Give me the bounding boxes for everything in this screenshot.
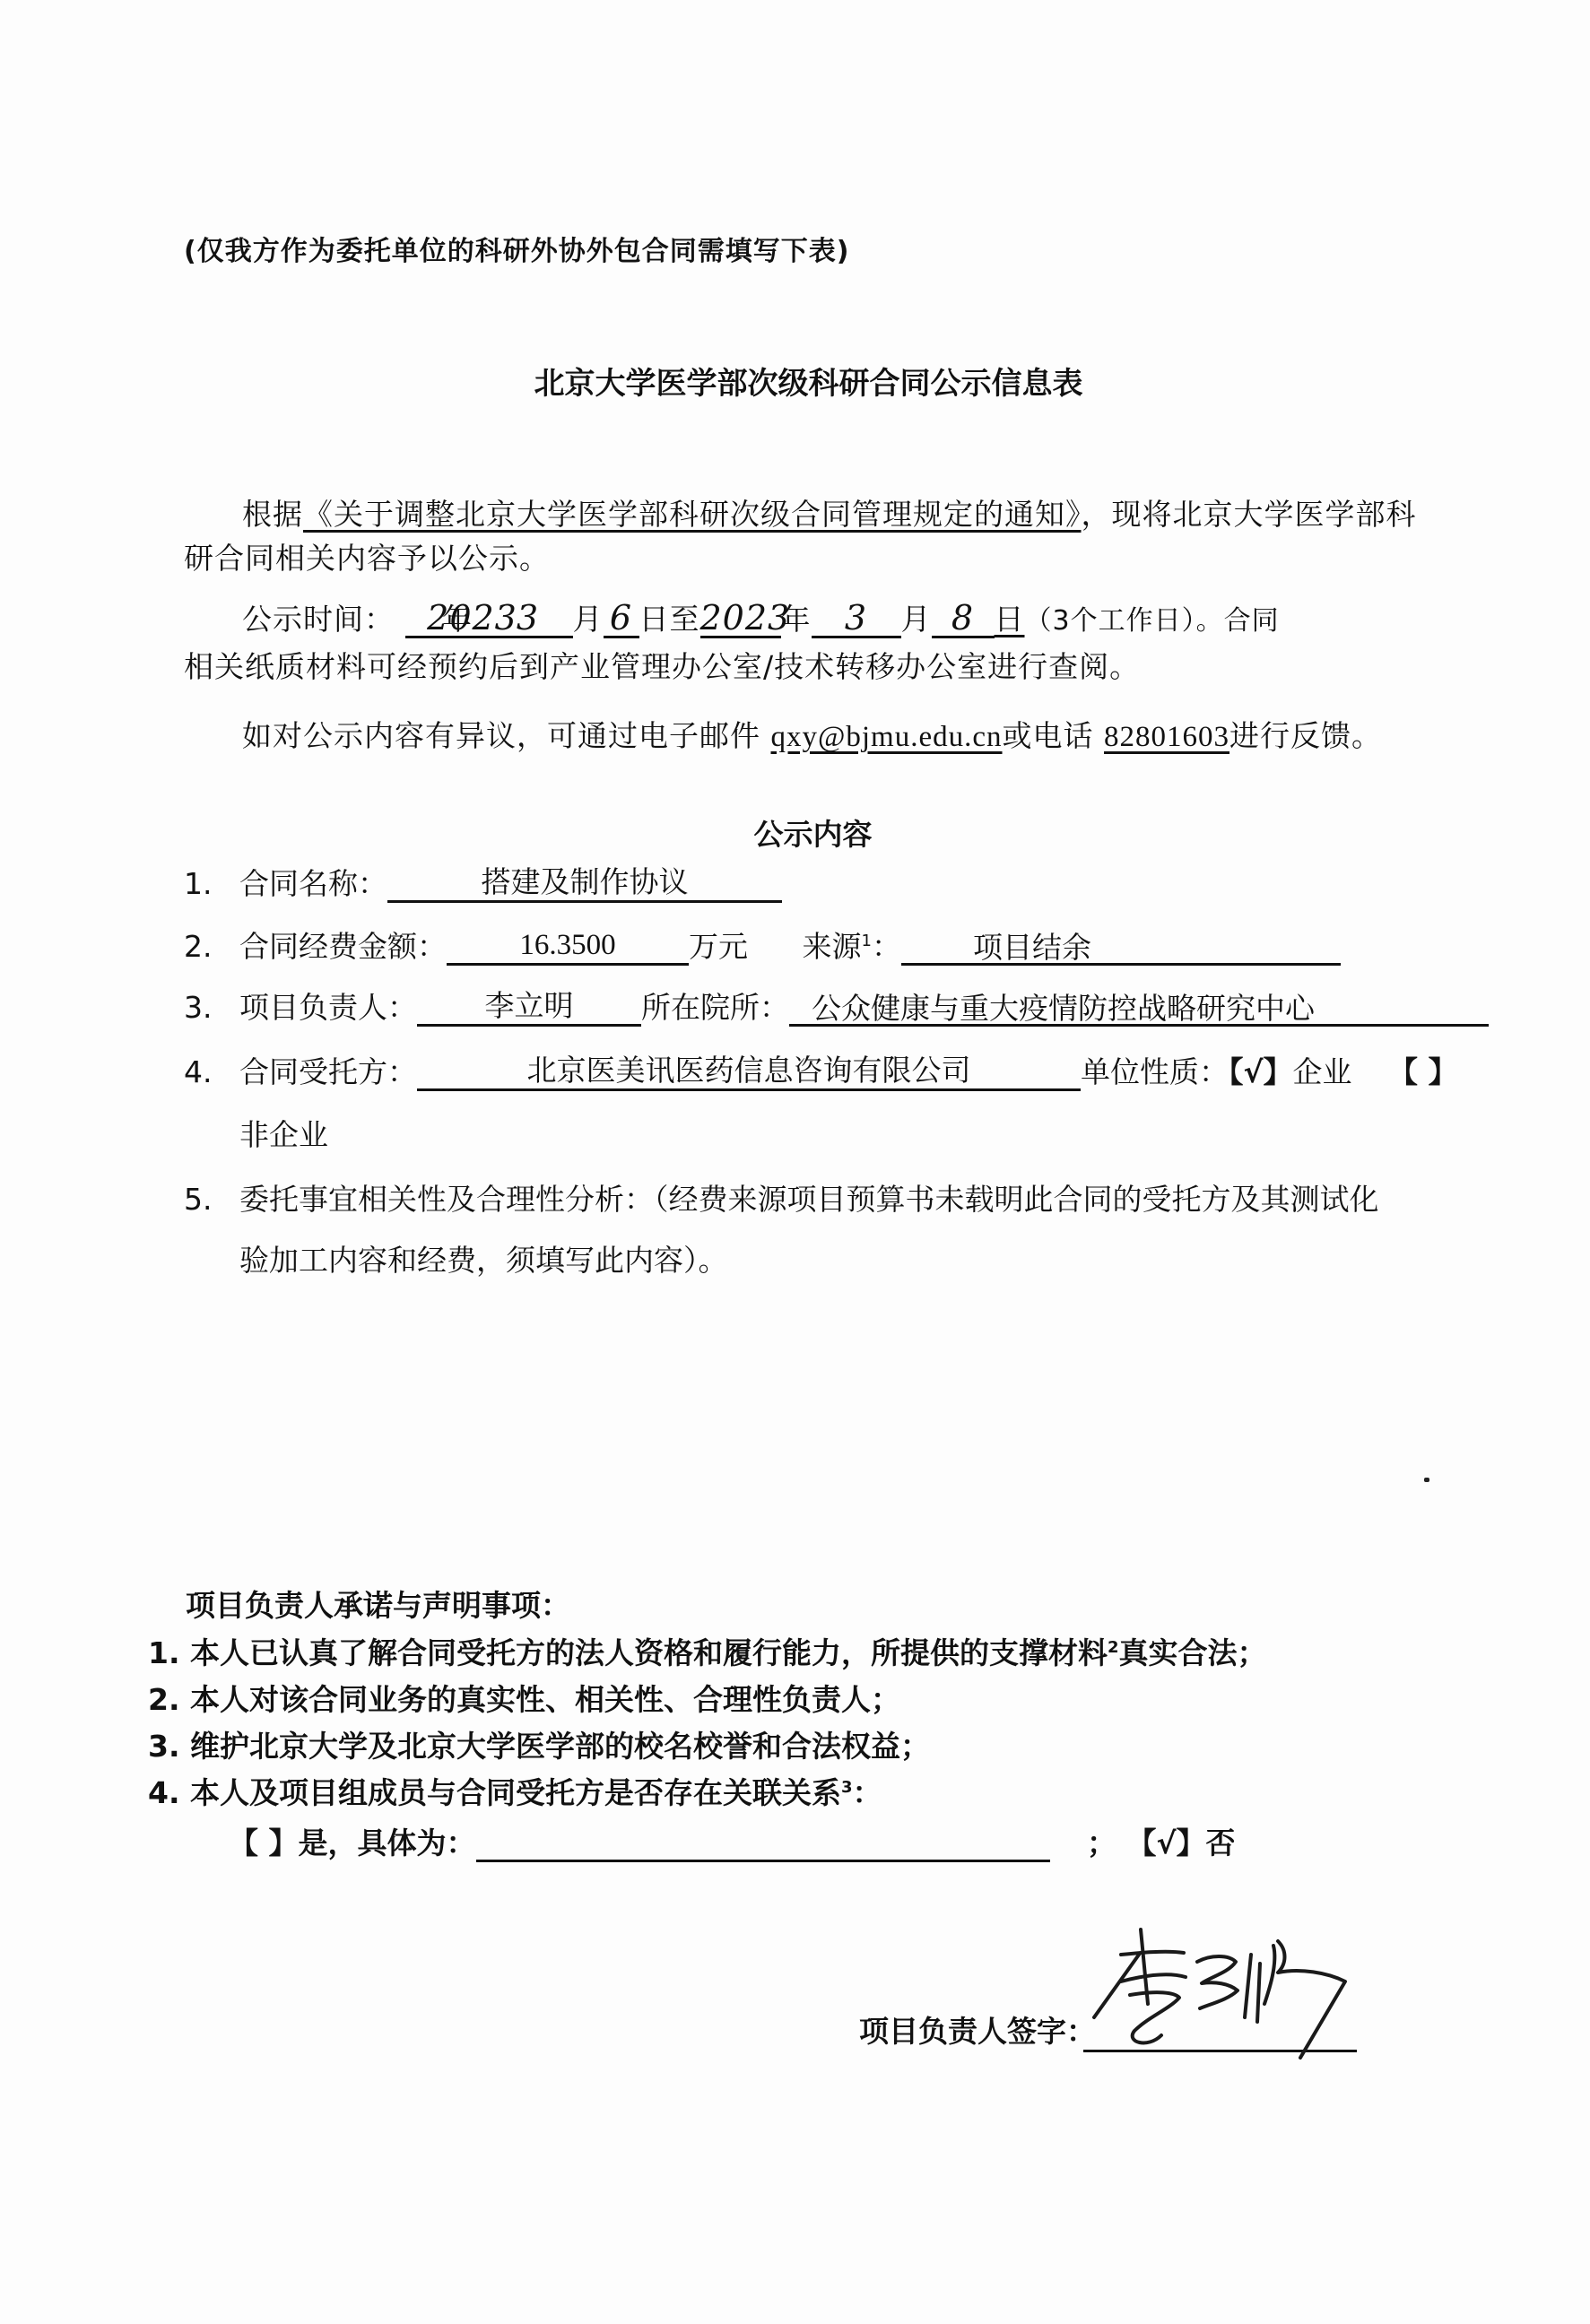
relation-no-checkbox[interactable]: 【√】 (1127, 1825, 1206, 1860)
end-month-field[interactable]: 3 (812, 600, 901, 638)
page-title: 北京大学医学部次级科研合同公示信息表 (0, 359, 1590, 403)
relation-yes-checkbox[interactable]: 【 】 (229, 1825, 299, 1860)
section-title: 公示内容 (0, 811, 1590, 854)
header-note: (仅我方作为委托单位的科研外协外包合同需填写下表) (184, 229, 849, 268)
regulation-link: 《关于调整北京大学医学部科研次级合同管理规定的通知》 (303, 497, 1082, 532)
intro-line-1: 根据《关于调整北京大学医学部科研次级合同管理规定的通知》，现将北京大学医学部科 (242, 491, 1417, 533)
declaration-item-3: 3. 维护北京大学及北京大学医学部的校名校誉和合法权益； (148, 1723, 930, 1765)
declaration-title: 项目负责人承诺与声明事项： (186, 1583, 570, 1625)
item-analysis: 5.委托事宜相关性及合理性分析：（经费来源项目预算书未载明此合同的受托方及其测试… (184, 1176, 1379, 1218)
institute-field[interactable]: 公众健康与重大疫情防控战略研究中心 (789, 991, 1489, 1027)
declaration-item-1: 1. 本人已认真了解合同受托方的法人资格和履行能力，所提供的支撑材料2真实合法； (148, 1630, 1267, 1672)
intro-line-2: 研合同相关内容予以公示。 (184, 535, 550, 577)
feedback-phone[interactable]: 82801603 (1104, 721, 1229, 753)
source-field[interactable]: 项目结余 (901, 930, 1341, 966)
enterprise-checkbox[interactable]: 【√】 (1229, 1054, 1293, 1089)
signature-strokes-icon (1085, 1919, 1372, 2062)
analysis-note-line-2: 验加工内容和经费，须填写此内容）。 (239, 1237, 728, 1279)
item-contract-name: 1.合同名称：搭建及制作协议 (184, 861, 782, 903)
trustee-field[interactable]: 北京医美讯医药信息咨询有限公司 (417, 1053, 1081, 1091)
non-enterprise-label: 非企业 (239, 1112, 328, 1154)
declaration-item-2: 2. 本人对该合同业务的真实性、相关性、合理性负责人； (148, 1677, 900, 1719)
declaration-item-4: 4. 本人及项目组成员与合同受托方是否存在关联关系3： (148, 1770, 882, 1812)
relation-row: 【 】是，具体为： ； 【√】否 (229, 1820, 1236, 1862)
feedback-line: 如对公示内容有异议，可通过电子邮件 qxy@bjmu.edu.cn或电话 828… (242, 713, 1382, 755)
relation-detail-field[interactable] (476, 1824, 1050, 1862)
project-leader-field[interactable]: 李立明 (417, 988, 641, 1027)
non-enterprise-checkbox[interactable]: 【 】 (1388, 1054, 1458, 1089)
start-month-field[interactable]: 3 (483, 600, 573, 638)
handwritten-signature (1085, 1919, 1372, 2062)
item-trustee: 4.合同受托方：北京医美讯医药信息咨询有限公司单位性质：【√】企业 【 】 (184, 1049, 1458, 1091)
start-day-field[interactable]: 6 (604, 600, 639, 638)
contract-amount-field[interactable]: 16.3500 (447, 927, 689, 966)
scan-speck (1424, 1478, 1429, 1482)
contract-name-field[interactable]: 搭建及制作协议 (387, 864, 782, 903)
notice-period-line-2: 相关纸质材料可经预约后到产业管理办公室/技术转移办公室进行查阅。 (184, 644, 1140, 686)
item-contract-amount: 2.合同经费金额：16.3500万元 来源1：项目结余 (184, 924, 1341, 966)
end-year-field[interactable]: 2023 (700, 600, 781, 638)
notice-period: 公示时间： 2023 年 3月6日至2023年3月8日（3个工作日）。合同 (242, 596, 1280, 638)
analysis-textarea[interactable] (239, 1291, 1459, 1524)
item-project-leader: 3.项目负责人：李立明所在院所：公众健康与重大疫情防控战略研究中心 (184, 984, 1489, 1027)
signature-label: 项目负责人签字： (859, 2008, 1096, 2051)
feedback-email-link[interactable]: qxy@bjmu.edu.cn (771, 721, 1003, 753)
end-day-field[interactable]: 8 (932, 600, 995, 638)
